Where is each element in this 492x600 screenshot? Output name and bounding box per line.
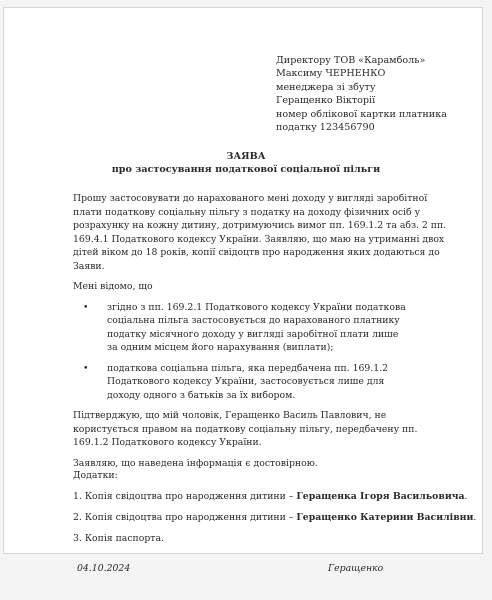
signature-name: Геращенко xyxy=(328,563,383,574)
attachment-text: 1. Копія свідоцтва про народження дитини… xyxy=(73,491,296,502)
conditions-list: • згідно з пп. 169.2.1 Податкового кодек… xyxy=(73,301,453,403)
request-paragraph: Прошу застосовувати до нарахованого мені… xyxy=(73,192,453,273)
document-body: Прошу застосовувати до нарахованого мені… xyxy=(73,192,453,477)
addressee-line: Геращенко Вікторії xyxy=(276,94,447,107)
list-item: • податкова соціальна пільга, яка передб… xyxy=(103,362,407,403)
attachments-label: Додатки: xyxy=(73,469,476,482)
signature-date: 04.10.2024 xyxy=(77,563,130,574)
list-item: • згідно з пп. 169.2.1 Податкового кодек… xyxy=(103,301,407,355)
attachment-child-name: Геращенко Катерини Василівни xyxy=(296,512,473,523)
addressee-line: Максиму ЧЕРНЕНКО xyxy=(276,67,447,80)
attachment-text: 2. Копія свідоцтва про народження дитини… xyxy=(73,512,296,523)
title-heading: ЗАЯВА xyxy=(0,150,492,163)
attachment-item: 2. Копія свідоцтва про народження дитини… xyxy=(73,511,476,524)
addressee-block: Директору ТОВ «Карамболь» Максиму ЧЕРНЕН… xyxy=(276,54,447,134)
document-title: ЗАЯВА про застосування податкової соціал… xyxy=(0,150,492,176)
attachment-suffix: . xyxy=(465,491,468,502)
attachment-item: 1. Копія свідоцтва про народження дитини… xyxy=(73,490,476,503)
confirmation-paragraph: Підтверджую, що мій чоловік, Геращенко В… xyxy=(73,409,453,450)
bullet-icon: • xyxy=(83,301,88,315)
declaration-paragraph: Заявляю, що наведена інформація є достов… xyxy=(73,457,453,471)
attachment-item: 3. Копія паспорта. xyxy=(73,532,476,545)
title-subheading: про застосування податкової соціальної п… xyxy=(0,163,492,176)
known-intro: Мені відомо, що xyxy=(73,280,453,294)
list-item-text: згідно з пп. 169.2.1 Податкового кодексу… xyxy=(107,302,406,354)
addressee-line: менеджера зі збуту xyxy=(276,81,447,94)
attachments-section: Додатки: 1. Копія свідоцтва про народжен… xyxy=(73,469,476,553)
addressee-line: номер облікової картки платника xyxy=(276,108,447,121)
addressee-line: Директору ТОВ «Карамболь» xyxy=(276,54,447,67)
attachment-suffix: . xyxy=(473,512,476,523)
list-item-text: податкова соціальна пільга, яка передбач… xyxy=(107,363,388,401)
attachment-text: 3. Копія паспорта. xyxy=(73,533,164,544)
attachment-child-name: Геращенка Ігоря Васильовича xyxy=(296,491,464,502)
bullet-icon: • xyxy=(83,362,88,376)
addressee-line: податку 123456790 xyxy=(276,121,447,134)
